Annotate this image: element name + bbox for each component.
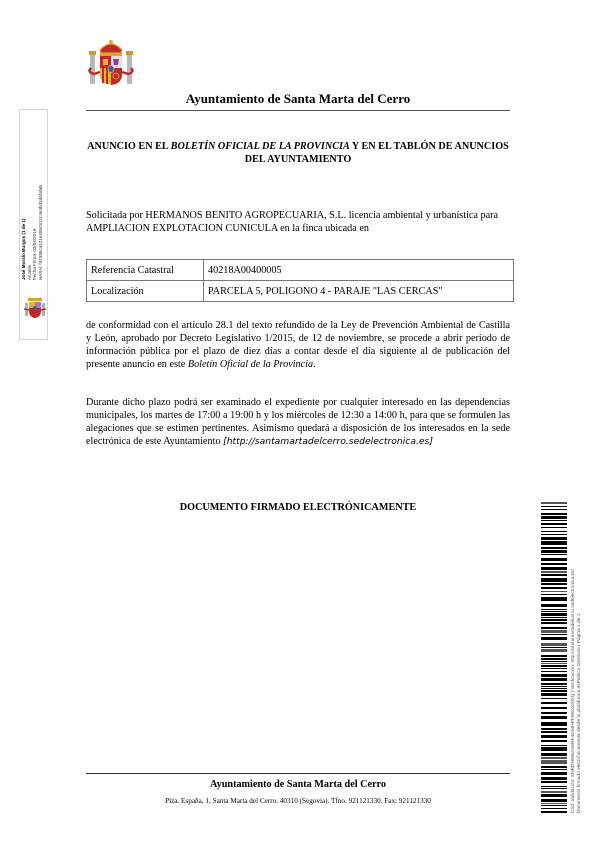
cadastral-table: Referencia Catastral 40218A00400005 Loca… xyxy=(86,259,514,302)
paragraph-request: Solicitada por HERMANOS BENITO AGROPECUA… xyxy=(86,209,510,235)
platform-note: Documento firmado electrónicamente desde… xyxy=(577,500,583,813)
footer-address: Plza. España, 1, Santa Marta del Cerro. … xyxy=(86,797,510,805)
table-value: 40218A00400005 xyxy=(204,260,514,281)
signature-hash: HASH: fd7395c4121e385c812c4e3bd3d5fafab xyxy=(38,110,44,280)
table-label: Localización xyxy=(87,281,204,302)
footer-title: Ayuntamiento de Santa Marta del Cerro xyxy=(86,779,510,790)
table-row: Referencia Catastral 40218A00400005 xyxy=(87,260,514,281)
coat-of-arms-icon xyxy=(88,38,134,88)
signature-info: José Moralo Burgos (1 de 1) Alcalde Fech… xyxy=(21,110,47,280)
p2-end: . xyxy=(313,359,316,370)
paragraph-examination: Durante dicho plazo podrá ser examinado … xyxy=(86,396,510,448)
table-row: Localización PARCELA 5, POLIGONO 4 - PAR… xyxy=(87,281,514,302)
header-divider xyxy=(86,110,510,111)
paragraph-legal-basis: de conformidad con el artículo 28.1 del … xyxy=(86,319,510,371)
barcode-icon xyxy=(541,502,567,813)
title-prefix: ANUNCIO EN EL xyxy=(87,141,171,152)
verification-info: Cód. Validación: SNRDH9WAS6RK4GMHPFW6X6X… xyxy=(571,500,585,813)
signed-notice: DOCUMENTO FIRMADO ELECTRÓNICAMENTE xyxy=(86,502,510,513)
sede-link[interactable]: [http://santamartadelcerro.sedelectronic… xyxy=(223,436,433,447)
table-value: PARCELA 5, POLIGONO 4 - PARAJE "LAS CERC… xyxy=(204,281,514,302)
announcement-title: ANUNCIO EN EL BOLETÍN OFICIAL DE LA PROV… xyxy=(86,140,510,166)
header-title: Ayuntamiento de Santa Marta del Cerro xyxy=(86,90,510,108)
signature-crest-icon xyxy=(24,297,46,319)
p2-italic: Boletín Oficial de la Provincia xyxy=(188,359,313,370)
table-label: Referencia Catastral xyxy=(87,260,204,281)
title-italic: BOLETÍN OFICIAL DE LA PROVINCIA xyxy=(171,141,350,152)
footer-divider xyxy=(86,773,510,774)
